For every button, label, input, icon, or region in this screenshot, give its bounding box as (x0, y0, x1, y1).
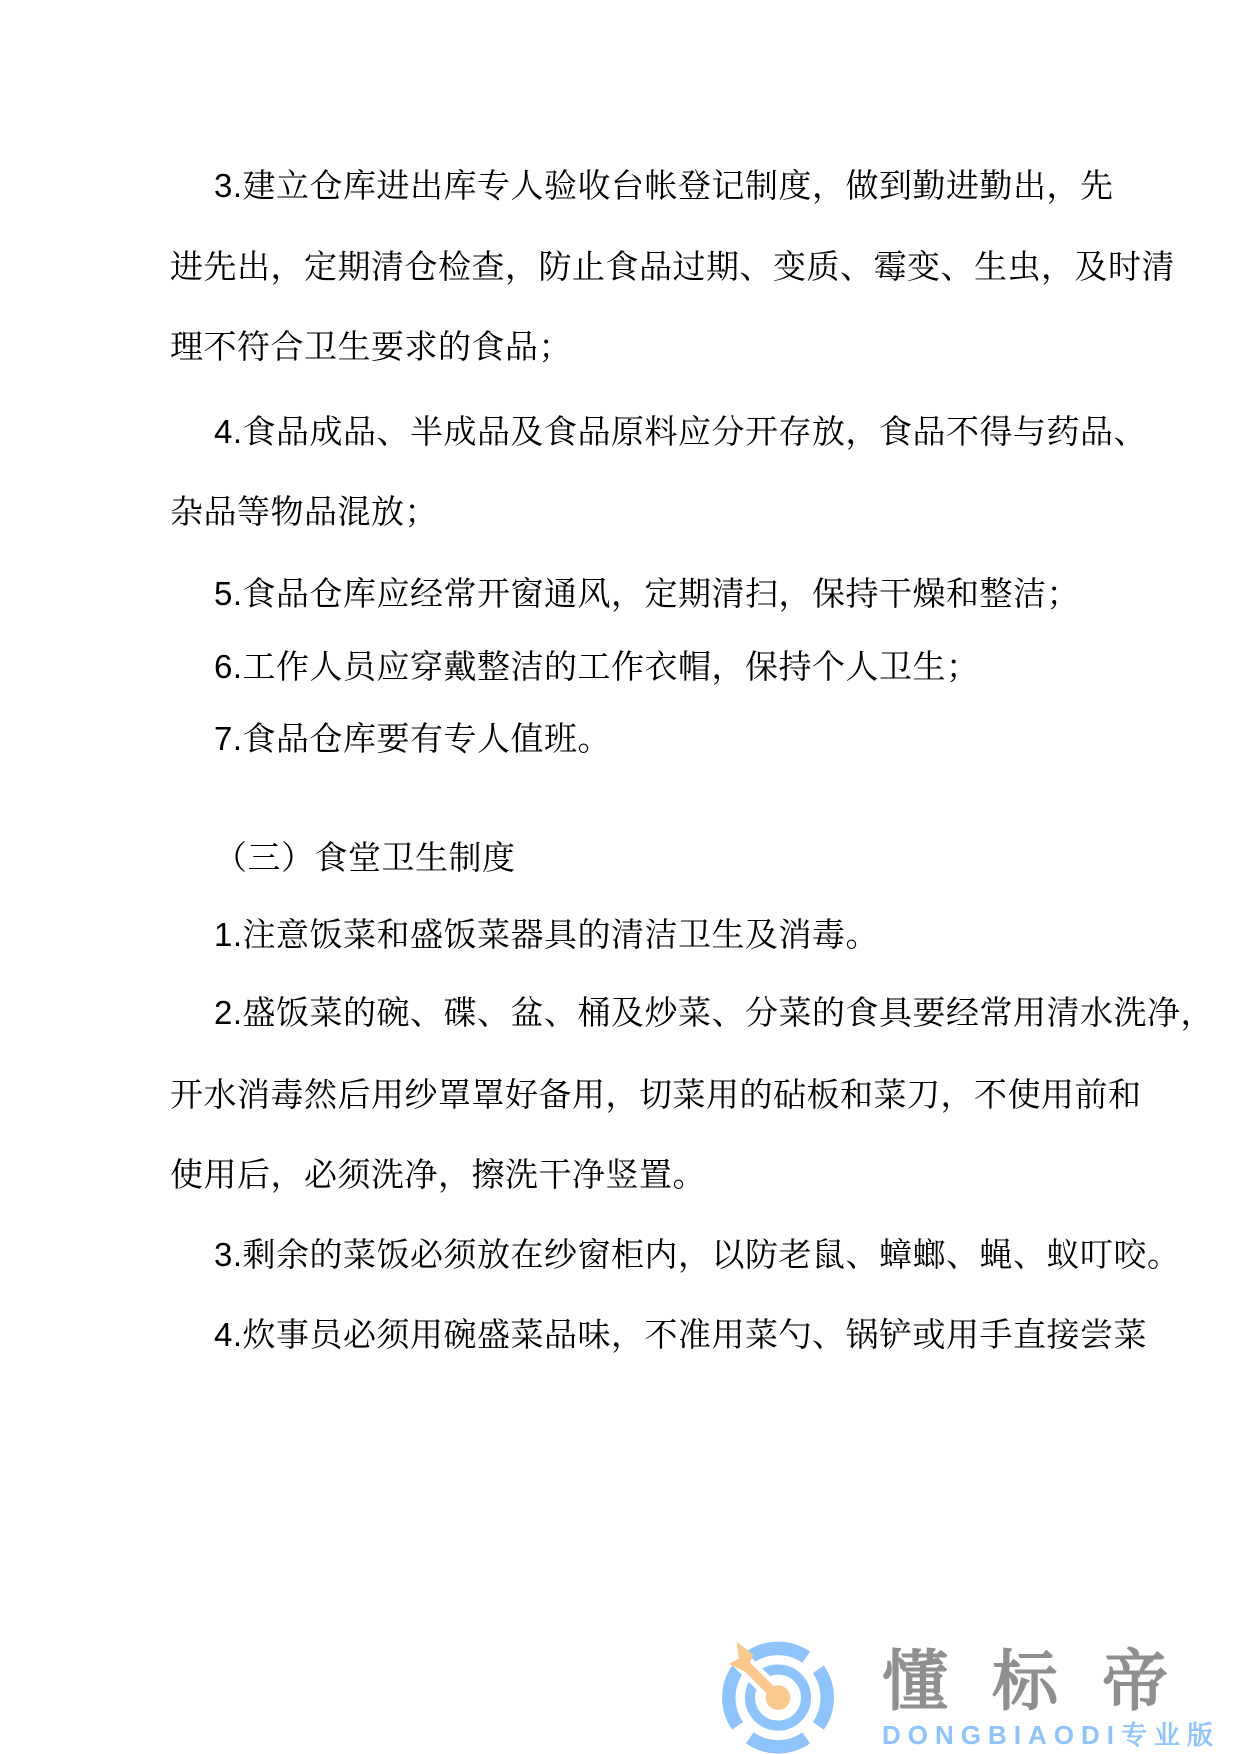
doc-line: 进先出，定期清仓检查，防止食品过期、变质、霉变、生虫，及时清 (170, 244, 1130, 290)
doc-line: 4.食品成品、半成品及食品原料应分开存放，食品不得与药品、 (170, 409, 1174, 455)
doc-line: 5.食品仓库应经常开窗通风，定期清扫，保持干燥和整洁； (170, 571, 1174, 617)
doc-line: 6.工作人员应穿戴整洁的工作衣帽，保持个人卫生； (170, 644, 1174, 690)
section-heading: （三）食堂卫生制度 (170, 835, 1174, 881)
brand-name-en: DONGBIAODI专业版 (882, 1722, 1220, 1748)
doc-line: 3.建立仓库进出库专人验收台帐登记制度，做到勤进勤出，先 (170, 163, 1174, 209)
brand-name-cn: 懂标帝 (882, 1648, 1220, 1714)
watermark-logo: 懂标帝 DONGBIAODI专业版 (722, 1630, 1241, 1754)
doc-line: 使用后，必须洗净，擦洗干净竖置。 (170, 1152, 1130, 1198)
doc-line: 4.炊事员必须用碗盛菜品味，不准用菜勺、锅铲或用手直接尝菜 (170, 1312, 1174, 1358)
target-dart-icon (722, 1630, 834, 1754)
watermark-text: 懂标帝 DONGBIAODI专业版 (882, 1630, 1220, 1748)
doc-line: 杂品等物品混放； (170, 489, 1130, 535)
doc-line: 2.盛饭菜的碗、碟、盆、桶及炒菜、分菜的食具要经常用清水洗净， (170, 990, 1174, 1036)
doc-line: 开水消毒然后用纱罩罩好备用，切菜用的砧板和菜刀，不使用前和 (170, 1072, 1130, 1118)
doc-line: 1.注意饭菜和盛饭菜器具的清洁卫生及消毒。 (170, 912, 1174, 958)
doc-line: 理不符合卫生要求的食品； (170, 324, 1130, 370)
doc-line: 7.食品仓库要有专人值班。 (170, 716, 1174, 762)
document-page: 3.建立仓库进出库专人验收台帐登记制度，做到勤进勤出，先 进先出，定期清仓检查，… (0, 0, 1241, 1754)
doc-line: 3.剩余的菜饭必须放在纱窗柜内，以防老鼠、蟑螂、蝇、蚁叮咬。 (170, 1232, 1174, 1278)
